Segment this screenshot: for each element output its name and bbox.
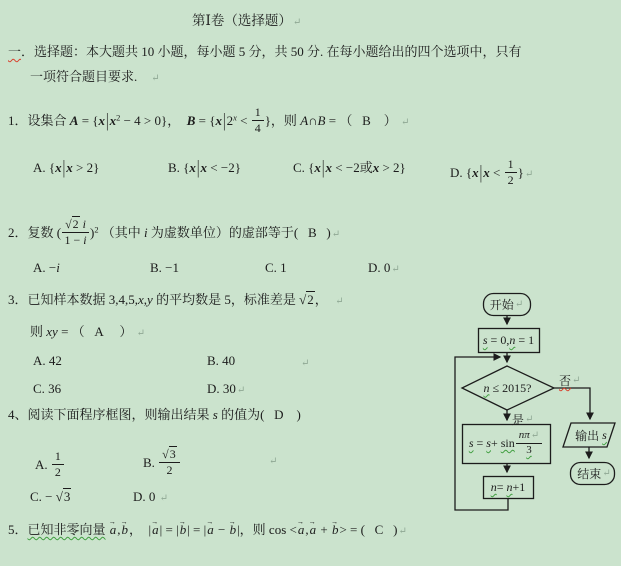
paragraph-mark-icon: ↵ — [514, 299, 523, 310]
vector-symbol: →b — [331, 522, 340, 539]
vector-arrow-icon: → — [309, 518, 316, 527]
page-title: 第Ⅰ卷（选择题）↵ — [192, 12, 301, 30]
paragraph-mark-icon: ↵ — [390, 264, 399, 275]
text-run: |，则 cos < — [237, 522, 297, 537]
question-4-option-b: B. √32 — [143, 448, 181, 476]
set-builder-bar: | — [196, 156, 201, 180]
text-run: A. { — [33, 160, 55, 175]
fraction-numerator: 1 — [252, 106, 264, 121]
text-run: − — [215, 522, 229, 537]
paragraph-mark-icon: ↵ — [530, 430, 539, 441]
text-run: D. 0 — [368, 260, 390, 275]
radical-sign: √ — [56, 489, 63, 504]
paragraph-mark-icon: ↵ — [159, 493, 168, 504]
vector-symbol: →a — [109, 522, 118, 539]
text-run: 一 — [8, 44, 21, 59]
paragraph-mark-icon: ↵ — [571, 375, 580, 386]
paragraph-mark-icon: ↵ — [334, 296, 343, 307]
text-run: 3．已知样本数据 3,4,5, — [8, 292, 138, 307]
flowchart: 开始↵ s = 0,n = 1 n ≤ 2015? 否↵ 是↵ s = s+ s… — [440, 285, 621, 535]
text-run: C. − — [30, 489, 56, 504]
text-run: 2 — [55, 465, 61, 479]
paragraph-mark-icon: ↵ — [400, 117, 409, 128]
paragraph-mark-icon: ↵ — [397, 526, 406, 537]
question-4-row-paragraph-mark: ↵ — [268, 452, 277, 469]
question-2-option-b: B. −1 — [150, 260, 179, 277]
question-3-stem-line2: 则 xy = （ A ） ↵ — [30, 324, 145, 341]
fraction-numerator: √3 — [159, 448, 180, 463]
paragraph-mark-icon: ↵ — [331, 229, 340, 240]
question-1-option-b: B. {x|x < −2} — [168, 160, 241, 177]
vector-symbol: →b — [121, 522, 130, 539]
text-run: 5． — [8, 522, 28, 537]
text-run: 输出 — [575, 427, 602, 444]
paragraph-mark-icon: ↵ — [150, 73, 159, 84]
radical-sign: √ — [162, 447, 169, 461]
paragraph-mark-icon: ↵ — [300, 358, 309, 369]
text-run: 2 — [166, 463, 172, 477]
fraction: 12 — [52, 450, 64, 478]
text-run: | = | — [187, 522, 206, 537]
flowchart-no-branch-line — [554, 388, 590, 419]
text-run: 2．复数 ( — [8, 225, 61, 240]
section-instructions-line2: 一项符合题目要求. ↵ — [30, 69, 160, 86]
text-run: < −2} — [207, 160, 241, 175]
text-run: 的值为( D ) — [218, 407, 301, 422]
text-run: 1 − — [65, 233, 84, 247]
text-run: > = ( C ) — [339, 522, 397, 537]
section-instructions-line1: 一．选择题：本大题共 10 小题，每小题 5 分，共 50 分. 在每小题给出的… — [8, 44, 522, 61]
set-builder-bar: | — [321, 156, 326, 180]
vector-arrow-icon: → — [206, 518, 213, 527]
question-1-option-d: D. {x|x < 12}↵ — [450, 158, 533, 186]
radical: √3 — [56, 488, 72, 504]
math-variable: i — [83, 233, 86, 247]
flowchart-end-label: 结束↵ — [572, 465, 616, 482]
flowchart-no-label: 否↵ — [559, 372, 580, 389]
text-run: = — [474, 436, 487, 451]
question-2-option-c: C. 1 — [265, 260, 287, 277]
text-run: }，则 — [265, 113, 301, 128]
vector-arrow-icon: → — [331, 518, 338, 527]
flowchart-calc-label: s = s+ sinnπ↵3 — [463, 426, 549, 461]
text-run: B. 40 — [207, 353, 235, 368]
question-1-stem: 1．设集合 A = {x|x2 − 4 > 0}， B = {x|2x < 14… — [8, 106, 409, 134]
text-run: > 2} — [379, 160, 406, 175]
fraction-denominator: 1 − i — [62, 233, 89, 247]
set-builder-bar: | — [62, 156, 67, 180]
vector-symbol: →a — [151, 522, 160, 539]
math-variable: i — [56, 260, 60, 275]
math-variable: xy — [46, 324, 58, 339]
vector-arrow-icon: → — [151, 518, 158, 527]
math-variable: i — [83, 217, 86, 231]
text-run: D. { — [450, 165, 472, 180]
text-run: < — [237, 113, 251, 128]
vector-arrow-icon: → — [121, 518, 128, 527]
radical: √2 — [65, 216, 80, 231]
text-run: 2 — [508, 173, 514, 187]
text-run: 为虚数单位）的虚部等于( B ) — [148, 225, 331, 240]
text-run: + — [491, 436, 501, 451]
text-run: 1 — [55, 449, 61, 463]
question-3-option-b: B. 40 — [207, 353, 235, 370]
text-run: = 1 — [515, 333, 534, 348]
math-variable: nπ — [519, 429, 530, 441]
text-run: +1 — [513, 480, 526, 495]
text-run: B. — [143, 455, 158, 470]
question-2-option-a: A. −i — [33, 260, 60, 277]
flowchart-condition-label: n ≤ 2015? — [464, 378, 551, 398]
text-run: 或 — [360, 160, 373, 175]
question-2-stem: 2．复数 (√2 i1 − i)2 （其中 i 为虚数单位）的虚部等于( B )… — [8, 218, 340, 246]
question-4-option-d: D. 0 ↵ — [133, 489, 168, 506]
math-variable: A — [300, 113, 308, 128]
fraction-denominator: 4 — [252, 121, 264, 135]
question-3-row-paragraph-mark: ↵ — [300, 354, 309, 371]
fraction-denominator: 2 — [505, 173, 517, 187]
set-builder-bar: | — [105, 109, 110, 133]
text-run: D. 30 — [207, 381, 236, 396]
paragraph-mark-icon: ↵ — [524, 169, 533, 180]
text-run: + — [317, 522, 331, 537]
paragraph-mark-icon: ↵ — [524, 414, 533, 425]
text-run: − 4 > 0}， — [120, 113, 186, 128]
math-variable: s — [602, 428, 607, 443]
question-1-option-c: C. {x|x < −2或x > 2} — [293, 160, 406, 177]
vector-symbol: →a — [309, 522, 318, 539]
paragraph-mark-icon: ↵ — [268, 456, 277, 467]
text-run: ， | — [129, 522, 151, 537]
text-run: 一项符合题目要求. — [30, 69, 150, 84]
radical-sign: √ — [65, 217, 72, 231]
text-run: C. { — [293, 160, 314, 175]
text-run: = { — [195, 113, 215, 128]
text-run: A. − — [33, 260, 56, 275]
fraction-numerator: 1 — [52, 450, 64, 465]
text-run: = （ A ） — [58, 324, 136, 339]
text-run: | = | — [160, 522, 179, 537]
paragraph-mark-icon: ↵ — [236, 385, 245, 396]
text-run: 1．设集合 — [8, 113, 70, 128]
fraction: √2 i1 − i — [62, 218, 89, 246]
fraction-numerator: √2 i — [62, 218, 89, 233]
text-run: 的平均数是 5，标准差是 — [153, 292, 299, 307]
radicand: 3 — [63, 488, 72, 504]
fraction: nπ↵3 — [516, 430, 542, 456]
question-4-stem: 4、阅读下面程序框图，则输出结果 s 的值为( D ) — [8, 407, 301, 424]
vector-arrow-icon: → — [109, 518, 116, 527]
question-3-option-a: A. 42 — [33, 353, 62, 370]
text-run: 开始 — [490, 296, 514, 313]
text-run: 已知非零向量 — [28, 522, 106, 537]
fraction-denominator: 2 — [159, 463, 180, 477]
radical: √2 — [299, 291, 315, 307]
fraction: 14 — [252, 106, 264, 134]
text-run: （其中 — [99, 225, 145, 240]
question-2-option-d: D. 0↵ — [368, 260, 400, 277]
vector-symbol: →b — [229, 522, 238, 539]
fraction-numerator: nπ↵ — [516, 430, 542, 444]
text-run: > 2} — [73, 160, 100, 175]
text-run: ∩ — [308, 113, 317, 128]
vector-symbol: →a — [297, 522, 306, 539]
text-run: C. 36 — [33, 381, 61, 396]
text-run: 3 — [526, 444, 532, 456]
text-run: 否 — [559, 372, 571, 389]
vector-arrow-icon: → — [297, 518, 304, 527]
text-run: A. — [35, 457, 51, 472]
text-run: sin — [501, 436, 515, 451]
text-run: A. 42 — [33, 353, 62, 368]
set-builder-bar: | — [479, 161, 484, 185]
paragraph-mark-icon: ↵ — [292, 17, 301, 28]
vector-symbol: →b — [179, 522, 188, 539]
question-3-option-c: C. 36 — [33, 381, 61, 398]
document-page: 第Ⅰ卷（选择题）↵ 一．选择题：本大题共 10 小题，每小题 5 分，共 50 … — [0, 0, 621, 566]
text-run: 第Ⅰ卷（选择题） — [192, 13, 292, 28]
text-run: B. { — [168, 160, 189, 175]
text-run: ．选择题：本大题共 10 小题，每小题 5 分，共 50 分. 在每小题给出的四… — [21, 44, 522, 59]
fraction-denominator: 3 — [516, 444, 542, 457]
text-run: } — [518, 165, 524, 180]
question-3-option-d: D. 30↵ — [207, 381, 245, 398]
text-run: = 0, — [488, 333, 510, 348]
radicand: 2 — [306, 291, 315, 307]
fraction: √32 — [159, 448, 180, 476]
flowchart-start-label: 开始↵ — [483, 295, 530, 314]
question-3-stem: 3．已知样本数据 3,4,5,x,y 的平均数是 5，标准差是 √2， ↵ — [8, 292, 344, 309]
text-run: 4、阅读下面程序框图，则输出结果 — [8, 407, 213, 422]
vector-symbol: →a — [206, 522, 215, 539]
paragraph-mark-icon: ↵ — [601, 468, 610, 479]
text-run: = { — [78, 113, 98, 128]
flowchart-init-label: s = 0,n = 1 — [478, 331, 539, 350]
text-run: 1 — [255, 105, 261, 119]
flowchart-output-label: 输出 s — [567, 427, 615, 444]
question-4-option-a: A. 12 — [35, 450, 65, 478]
text-run: C. 1 — [265, 260, 287, 275]
fraction: 12 — [505, 158, 517, 186]
text-run: 4 — [255, 121, 261, 135]
vector-arrow-icon: → — [229, 518, 236, 527]
fraction-denominator: 2 — [52, 465, 64, 479]
radicand: 2 — [72, 216, 80, 231]
text-run: 结束 — [577, 465, 601, 482]
text-run: 1 — [508, 157, 514, 171]
text-run: < — [490, 165, 504, 180]
radicand: 3 — [169, 446, 177, 461]
text-run: D. 0 — [133, 489, 159, 504]
text-run: 则 — [30, 324, 46, 339]
text-run: = — [497, 480, 507, 495]
vector-arrow-icon: → — [179, 518, 186, 527]
fraction-numerator: 1 — [505, 158, 517, 173]
text-run: ， — [315, 292, 335, 307]
radical: √3 — [162, 446, 177, 461]
text-run: < −2 — [332, 160, 360, 175]
flowchart-increment-label: n= n+1 — [483, 479, 533, 496]
text-run: B. −1 — [150, 260, 179, 275]
text-run: ≤ 2015? — [490, 381, 532, 396]
text-run: = （ B ） — [325, 113, 400, 128]
paragraph-mark-icon: ↵ — [136, 328, 145, 339]
set-builder-bar: | — [222, 109, 227, 133]
question-4-option-c: C. − √3 — [30, 489, 71, 506]
question-1-option-a: A. {x|x > 2} — [33, 160, 99, 177]
flowchart-connectors — [440, 285, 621, 535]
question-5-stem: 5．已知非零向量 →a,→b， |→a| = |→b| = |→a − →b|，… — [8, 522, 407, 539]
